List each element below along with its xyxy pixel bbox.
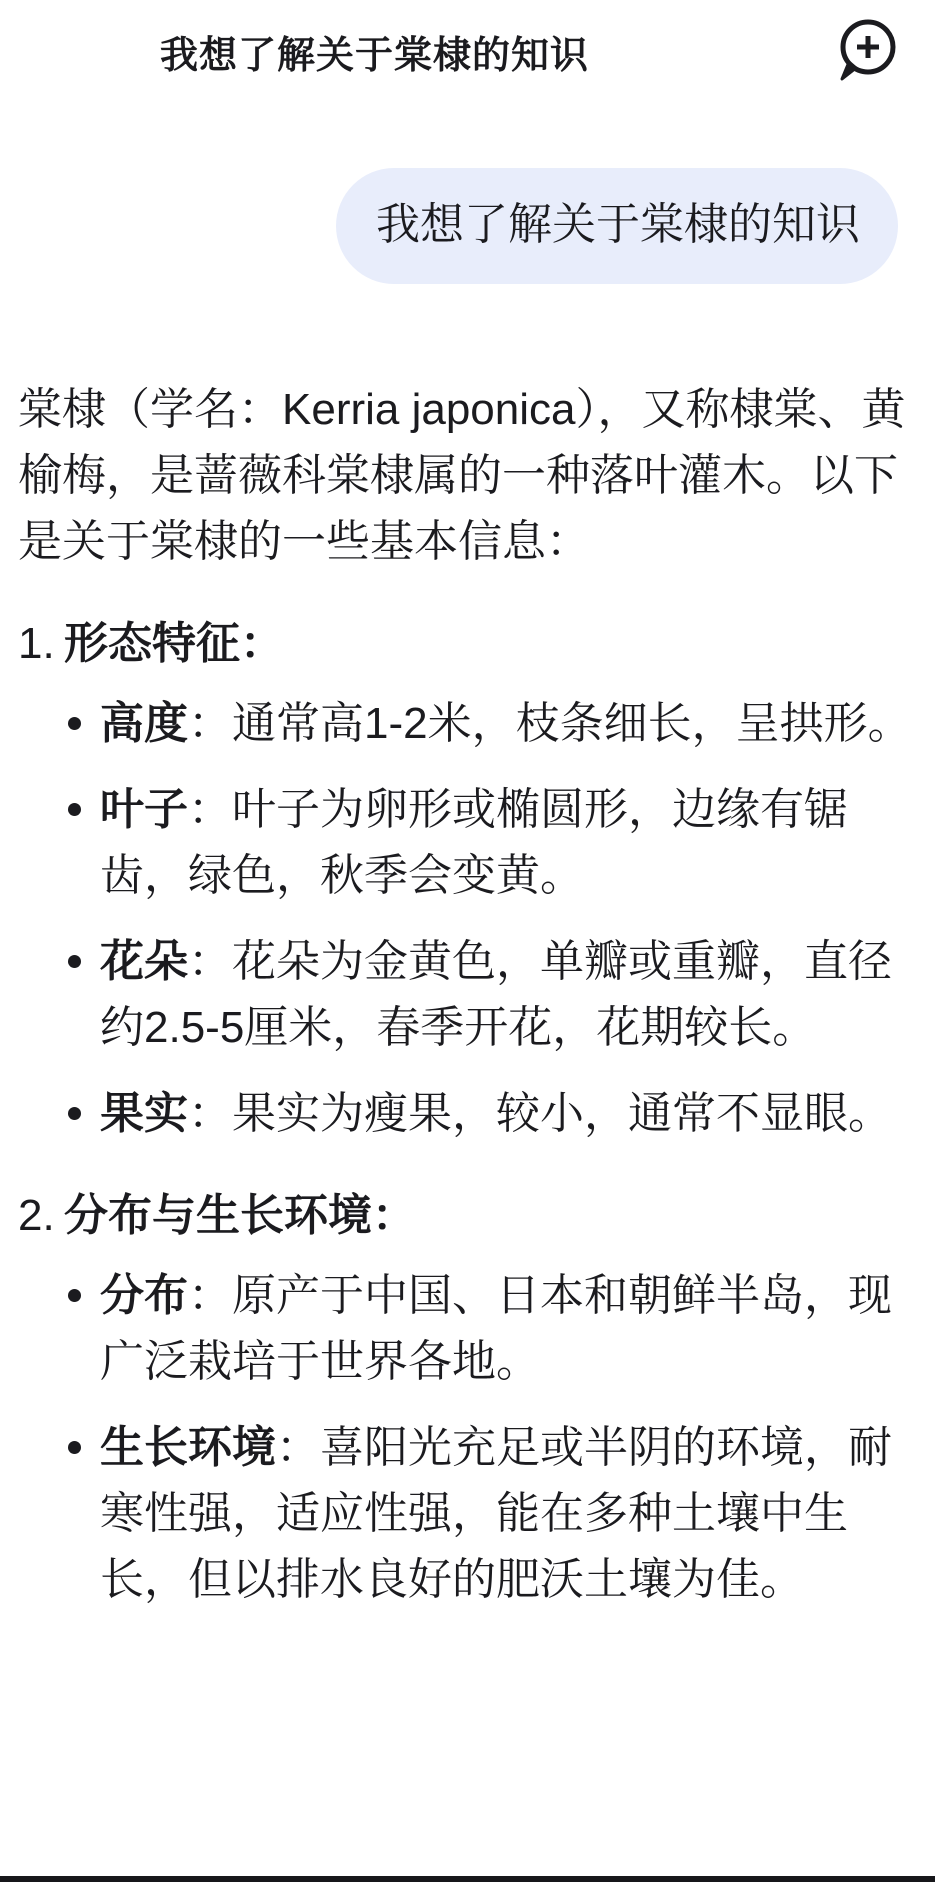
list-item: 生长环境：喜阳光充足或半阴的环境，耐寒性强，适应性强，能在多种土壤中生长，但以排… (100, 1415, 913, 1613)
new-chat-button[interactable] (835, 18, 899, 82)
section-heading: 1.形态特征： (18, 611, 913, 677)
bullet-text: ：叶子为卵形或椭圆形，边缘有锯齿，绿色，秋季会变黄。 (100, 785, 848, 900)
bullet-label: 花朵 (100, 937, 188, 986)
bullet-text: ：通常高1-2米，枝条细长，呈拱形。 (188, 699, 912, 748)
chat-screen: 我想了解关于棠棣的知识 我想了解关于棠棣的知识 棠棣（学名：Kerria jap… (0, 0, 935, 1882)
list-item: 花朵：花朵为金黄色，单瓣或重瓣，直径约2.5-5厘米，春季开花，花期较长。 (100, 929, 913, 1061)
list-item: 分布：原产于中国、日本和朝鲜半岛，现广泛栽培于世界各地。 (100, 1263, 913, 1395)
bullet-label: 生长环境 (100, 1423, 276, 1472)
list-item: 高度：通常高1-2米，枝条细长，呈拱形。 (100, 691, 913, 757)
section-title: 形态特征： (64, 619, 284, 668)
bullet-text: ：果实为瘦果，较小，通常不显眼。 (188, 1089, 892, 1138)
assistant-message: 棠棣（学名：Kerria japonica），又称棣棠、黄榆梅，是蔷薇科棠棣属的… (0, 377, 935, 1613)
page-title: 我想了解关于棠棣的知识 (160, 24, 589, 79)
user-message-row: 我想了解关于棠棣的知识 (0, 168, 935, 284)
bullet-text: ：花朵为金黄色，单瓣或重瓣，直径约2.5-5厘米，春季开花，花期较长。 (100, 937, 892, 1052)
section-title: 分布与生长环境： (64, 1191, 416, 1240)
assistant-intro-paragraph: 棠棣（学名：Kerria japonica），又称棣棠、黄榆梅，是蔷薇科棠棣属的… (18, 377, 913, 575)
header: 我想了解关于棠棣的知识 (0, 0, 935, 100)
speech-bubble-plus-icon (835, 18, 899, 82)
list-item: 叶子：叶子为卵形或椭圆形，边缘有锯齿，绿色，秋季会变黄。 (100, 777, 913, 909)
bullet-text: ：原产于中国、日本和朝鲜半岛，现广泛栽培于世界各地。 (100, 1271, 892, 1386)
bullet-label: 高度 (100, 699, 188, 748)
section-heading: 2.分布与生长环境： (18, 1183, 913, 1249)
section-number: 1. (18, 611, 64, 677)
bullet-label: 分布 (100, 1271, 188, 1320)
section-number: 2. (18, 1183, 64, 1249)
bullet-list: 高度：通常高1-2米，枝条细长，呈拱形。 叶子：叶子为卵形或椭圆形，边缘有锯齿，… (18, 691, 913, 1147)
bullet-list: 分布：原产于中国、日本和朝鲜半岛，现广泛栽培于世界各地。 生长环境：喜阳光充足或… (18, 1263, 913, 1613)
list-item: 果实：果实为瘦果，较小，通常不显眼。 (100, 1081, 913, 1147)
user-message-bubble[interactable]: 我想了解关于棠棣的知识 (336, 168, 898, 284)
bullet-label: 果实 (100, 1089, 188, 1138)
bullet-label: 叶子 (100, 785, 188, 834)
bottom-edge-bar (0, 1876, 935, 1882)
